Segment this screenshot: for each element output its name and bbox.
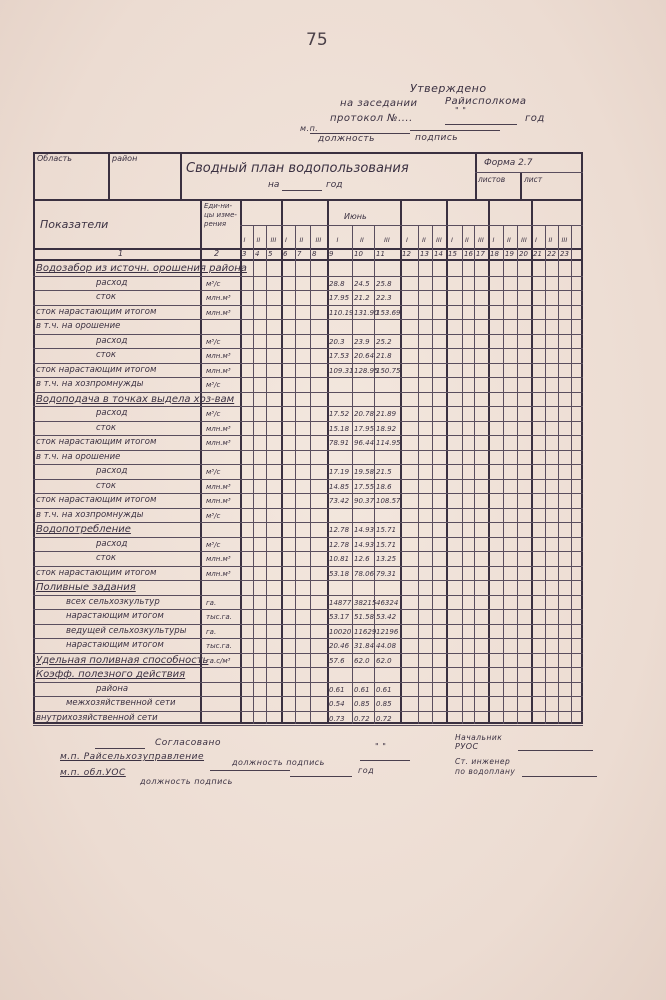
agreed-org-1: м.п. Райсельхозуправление xyxy=(60,752,204,762)
row-unit: м³/с xyxy=(206,381,220,389)
row-unit: млн.м³ xyxy=(206,294,231,302)
column-divider xyxy=(503,225,504,724)
column-number: 20 xyxy=(519,250,528,258)
cell-value: 79.31 xyxy=(376,570,396,578)
decade-mark: I xyxy=(535,236,537,244)
row-label: в т.ч. на хозпромнужды xyxy=(36,510,143,520)
sheet-label: лист xyxy=(524,175,542,184)
cell-value: 73.42 xyxy=(329,497,349,505)
column-number: 18 xyxy=(490,250,499,258)
row-label: сток нарастающим итогом xyxy=(36,365,156,375)
cell-value: 18.92 xyxy=(376,425,396,433)
row-label: ведущей сельхозкультуры xyxy=(66,626,186,636)
decade-mark: I xyxy=(337,236,339,244)
decade-mark: I xyxy=(493,236,495,244)
column-number: 13 xyxy=(420,250,429,258)
column-divider xyxy=(488,200,490,724)
column-divider xyxy=(374,225,375,724)
column-divider xyxy=(446,200,448,724)
row-label: сток xyxy=(96,553,116,563)
row-unit: млн.м³ xyxy=(206,497,231,505)
column-number: 11 xyxy=(376,250,385,258)
column-divider xyxy=(474,225,475,724)
cell-value: 12.78 xyxy=(329,526,349,534)
approval-signature-label: подпись xyxy=(415,133,458,143)
decade-mark: I xyxy=(451,236,453,244)
decade-mark: I xyxy=(406,236,408,244)
cell-value: 0.61 xyxy=(329,686,345,694)
row-unit: м³/с xyxy=(206,512,220,520)
cell-value: 12196 xyxy=(376,628,398,636)
row-unit: млн.м³ xyxy=(206,352,231,360)
cell-value: 14.93 xyxy=(354,541,374,549)
row-label: Водозабор из источн. орошения района xyxy=(36,263,247,274)
approval-protocol: протокол №.... xyxy=(330,113,413,124)
decade-mark: II xyxy=(422,236,426,244)
column-divider xyxy=(517,225,518,724)
row-unit: млн.м³ xyxy=(206,425,231,433)
column-divider xyxy=(462,225,463,724)
column-number: 14 xyxy=(434,250,443,258)
cell-value: 150.75 xyxy=(376,367,401,375)
cell-value: 17.53 xyxy=(329,352,349,360)
column-number: 10 xyxy=(354,250,363,258)
column-number: 21 xyxy=(533,250,542,258)
form-subtitle-prefix: на xyxy=(268,180,279,190)
decade-mark: III xyxy=(316,236,322,244)
approval-year: год xyxy=(525,113,545,124)
row-unit: га. xyxy=(206,628,216,636)
engineer-label-1: Ст. инженер xyxy=(455,757,510,766)
cell-value: 78.91 xyxy=(329,439,349,447)
row-label: сток xyxy=(96,423,116,433)
column-divider xyxy=(240,200,242,724)
cell-value: 0.72 xyxy=(376,715,392,723)
row-label: Коэфф. полезного действия xyxy=(36,669,185,680)
cell-value: 131.90 xyxy=(354,309,379,317)
agreed-org-2: м.п. обл.УОС xyxy=(60,768,126,778)
cell-value: 10.81 xyxy=(329,555,349,563)
row-unit: млн.м³ xyxy=(206,309,231,317)
column-divider xyxy=(531,200,533,724)
cell-value: 20.3 xyxy=(329,338,345,346)
decade-mark: I xyxy=(244,236,246,244)
cell-value: 110.19 xyxy=(329,309,354,317)
row-label: района xyxy=(96,684,128,694)
column-number: 5 xyxy=(268,250,272,258)
row-label: всех сельхозкультур xyxy=(66,597,160,607)
column-number: 23 xyxy=(560,250,569,258)
cell-value: 21.89 xyxy=(376,410,396,418)
row-label: в т.ч. на орошение xyxy=(36,321,120,331)
column-divider xyxy=(253,225,254,724)
cell-value: 12.78 xyxy=(329,541,349,549)
column-number: 15 xyxy=(448,250,457,258)
row-unit: тыс.га. xyxy=(206,642,232,650)
cell-value: 53.17 xyxy=(329,613,349,621)
agreed-label: Согласовано xyxy=(155,738,221,748)
decade-mark: II xyxy=(257,236,261,244)
approval-date-line xyxy=(445,124,517,125)
row-label: сток нарастающим итогом xyxy=(36,307,156,317)
cell-value: 15.18 xyxy=(329,425,349,433)
cell-value: 0.61 xyxy=(354,686,370,694)
approval-mp: м.п. xyxy=(300,124,318,133)
cell-value: 15.71 xyxy=(376,526,396,534)
document-page: 75 Утверждено на заседании Райисполкома … xyxy=(0,0,666,1000)
head-label-2: РУОС xyxy=(455,742,479,751)
column-divider xyxy=(545,225,546,724)
cell-value: 53.18 xyxy=(329,570,349,578)
cell-value: 78.06 xyxy=(354,570,374,578)
row-label: сток xyxy=(96,292,116,302)
cell-value: 19.58 xyxy=(354,468,374,476)
column-divider xyxy=(571,225,572,724)
cell-value: 21.8 xyxy=(376,352,392,360)
row-label: расход xyxy=(96,466,127,476)
cell-value: 0.73 xyxy=(329,715,345,723)
indicators-header: Показатели xyxy=(40,218,108,231)
column-divider xyxy=(558,225,559,724)
row-label: расход xyxy=(96,539,127,549)
row-label: нарастающим итогом xyxy=(66,611,164,621)
row-unit: га.с/м³ xyxy=(206,657,231,665)
column-number: 7 xyxy=(297,250,301,258)
district-label: район xyxy=(112,154,137,163)
column-number: 6 xyxy=(283,250,287,258)
unit-header: Еди-ни-цы изме-рения xyxy=(204,202,238,229)
column-number: 8 xyxy=(312,250,316,258)
cell-value: 14.85 xyxy=(329,483,349,491)
approval-meeting: на заседании xyxy=(340,98,418,109)
row-label: в т.ч. на хозпромнужды xyxy=(36,379,143,389)
row-label: сток xyxy=(96,481,116,491)
cell-value: 12.6 xyxy=(354,555,370,563)
column-number: 17 xyxy=(476,250,485,258)
cell-value: 44.08 xyxy=(376,642,396,650)
cell-value: 17.95 xyxy=(329,294,349,302)
row-unit: м³/с xyxy=(206,541,220,549)
decade-mark: III xyxy=(478,236,484,244)
decade-mark: II xyxy=(549,236,553,244)
form-number: Форма 2.7 xyxy=(484,158,532,168)
form-subtitle-suffix: год xyxy=(326,180,342,190)
approval-title: Утверждено xyxy=(410,82,487,95)
column-divider xyxy=(200,200,202,724)
approval-position-label: должность xyxy=(318,134,375,144)
cell-value: 0.72 xyxy=(354,715,370,723)
decade-mark: III xyxy=(271,236,277,244)
cell-value: 18.6 xyxy=(376,483,392,491)
cell-value: 22.3 xyxy=(376,294,392,302)
row-label: сток xyxy=(96,350,116,360)
row-unit: м³/с xyxy=(206,410,220,418)
cell-value: 25.2 xyxy=(376,338,392,346)
head-label-1: Начальник xyxy=(455,733,502,742)
row-label: Удельная поливная способность xyxy=(36,655,208,666)
column-number: 16 xyxy=(464,250,473,258)
cell-value: 38215 xyxy=(354,599,376,607)
cell-value: 10020 xyxy=(329,628,351,636)
cell-value: 153.69 xyxy=(376,309,401,317)
col-number-1: 1 xyxy=(118,249,123,258)
cell-value: 17.55 xyxy=(354,483,374,491)
row-label: расход xyxy=(96,278,127,288)
cell-value: 90.37 xyxy=(354,497,374,505)
row-unit: млн.м³ xyxy=(206,367,231,375)
column-divider xyxy=(418,225,419,724)
cell-value: 96.44 xyxy=(354,439,374,447)
row-label: нарастающим итогом xyxy=(66,640,164,650)
engineer-label-2: по водоплану xyxy=(455,767,515,776)
decade-mark: III xyxy=(436,236,442,244)
decade-mark: I xyxy=(285,236,287,244)
decade-mark: III xyxy=(521,236,527,244)
cell-value: 25.8 xyxy=(376,280,392,288)
cell-value: 24.5 xyxy=(354,280,370,288)
column-divider xyxy=(310,225,311,724)
cell-value: 13.25 xyxy=(376,555,396,563)
region-label: Область xyxy=(37,154,72,163)
cell-value: 108.57 xyxy=(376,497,401,505)
column-number: 19 xyxy=(505,250,514,258)
cell-value: 128.95 xyxy=(354,367,379,375)
footer-quotes: " " xyxy=(375,742,386,751)
row-label: сток нарастающим итогом xyxy=(36,568,156,578)
cell-value: 62.0 xyxy=(376,657,392,665)
cell-value: 20.78 xyxy=(354,410,374,418)
sheets-label: листов xyxy=(478,175,505,184)
column-divider xyxy=(295,225,296,724)
row-unit: млн.м³ xyxy=(206,555,231,563)
column-divider xyxy=(400,200,402,724)
column-divider xyxy=(266,225,267,724)
row-label: сток нарастающим итогом xyxy=(36,495,156,505)
cell-value: 20.64 xyxy=(354,352,374,360)
row-unit: тыс.га. xyxy=(206,613,232,621)
column-divider xyxy=(352,225,353,724)
cell-value: 0.54 xyxy=(329,700,345,708)
form-title: Сводный план водопользования xyxy=(186,161,409,176)
row-unit: млн.м³ xyxy=(206,439,231,447)
cell-value: 46324 xyxy=(376,599,398,607)
row-label: Водопотребление xyxy=(36,524,131,535)
footer-year: год xyxy=(358,766,374,775)
row-unit: м³/с xyxy=(206,468,220,476)
cell-value: 20.46 xyxy=(329,642,349,650)
cell-value: 51.58 xyxy=(354,613,374,621)
cell-value: 53.42 xyxy=(376,613,396,621)
row-label: сток нарастающим итогом xyxy=(36,437,156,447)
column-number: 4 xyxy=(255,250,259,258)
column-divider xyxy=(432,225,433,724)
row-label: в т.ч. на орошение xyxy=(36,452,120,462)
cell-value: 0.85 xyxy=(354,700,370,708)
cell-value: 57.6 xyxy=(329,657,345,665)
row-label: межхозяйственной сети xyxy=(66,698,175,708)
approval-quotes: " " xyxy=(455,106,466,115)
row-label: Поливные задания xyxy=(36,582,136,593)
decade-mark: III xyxy=(562,236,568,244)
page-number: 75 xyxy=(306,30,328,50)
cell-value: 0.85 xyxy=(376,700,392,708)
row-label: расход xyxy=(96,336,127,346)
row-unit: млн.м³ xyxy=(206,570,231,578)
cell-value: 14877 xyxy=(329,599,351,607)
cell-value: 17.52 xyxy=(329,410,349,418)
column-number: 9 xyxy=(329,250,333,258)
row-unit: млн.м³ xyxy=(206,483,231,491)
cell-value: 28.8 xyxy=(329,280,345,288)
decade-mark: II xyxy=(465,236,469,244)
cell-value: 31.84 xyxy=(354,642,374,650)
agreed-org-2-sig: должность подпись xyxy=(140,777,233,786)
cell-value: 14.93 xyxy=(354,526,374,534)
column-number: 22 xyxy=(547,250,556,258)
cell-value: 21.2 xyxy=(354,294,370,302)
decade-mark: II xyxy=(507,236,511,244)
agreed-org-1-sig: должность подпись xyxy=(232,758,325,767)
approval-sign-line xyxy=(410,130,500,131)
cell-value: 0.61 xyxy=(376,686,392,694)
column-number: 3 xyxy=(242,250,246,258)
cell-value: 109.31 xyxy=(329,367,354,375)
cell-value: 11629 xyxy=(354,628,376,636)
engineer-sign-line xyxy=(522,776,597,777)
col-number-2: 2 xyxy=(214,249,219,258)
row-label: Водоподача в точках выдела хоз-вам xyxy=(36,394,234,405)
row-unit: м³/с xyxy=(206,338,220,346)
cell-value: 17.95 xyxy=(354,425,374,433)
cell-value: 62.0 xyxy=(354,657,370,665)
row-label: расход xyxy=(96,408,127,418)
cell-value: 17.19 xyxy=(329,468,349,476)
column-divider xyxy=(281,200,283,724)
row-unit: га. xyxy=(206,599,216,607)
decade-mark: II xyxy=(300,236,304,244)
decade-mark: III xyxy=(384,236,390,244)
decade-mark: II xyxy=(360,236,364,244)
cell-value: 114.95 xyxy=(376,439,401,447)
month-group-june: Июнь xyxy=(344,212,367,221)
cell-value: 23.9 xyxy=(354,338,370,346)
column-number: 12 xyxy=(402,250,411,258)
cell-value: 15.71 xyxy=(376,541,396,549)
row-unit: м³/с xyxy=(206,280,220,288)
cell-value: 21.5 xyxy=(376,468,392,476)
head-sign-line xyxy=(518,750,593,751)
row-label: внутрихозяйственной сети xyxy=(36,713,158,723)
